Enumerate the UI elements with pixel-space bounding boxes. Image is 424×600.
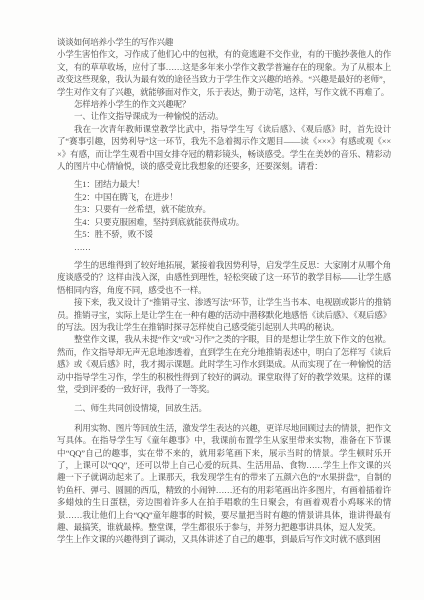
question-line: 怎样培养小学生的作文兴趣呢？ [57,98,391,110]
paragraph: 我在一次青年教师课堂教学比武中，指导学生写《读后感》、《观后感》时，首先设计了“… [57,123,391,173]
paragraph: 学生的思维得到了较好地拓展，紧接着我因势利导，启发学生反思：大家刚才从哪个角度谈… [57,259,391,296]
section-heading-2: 二、师生共同创设情境，回放生活。 [57,402,391,414]
document-page: 谈谈如何培养小学生的写作兴趣 小学生害怕作文，习作成了他们心中的包袱，有的竟逃避… [0,0,424,600]
closing-paragraph-truncated: 学生上作文课的兴趣得到了调动，又具体讲述了自己的趣事，到最后写作文时就不感到困 [57,533,391,545]
paragraph: 接下来，我又设计了“推销寻宝、渗透写法”环节，让学生当书本、电视剧或影片的推销员… [57,296,391,333]
student-response-5: 生5：胜不骄，败不馁 [57,228,391,240]
paragraph: 整堂作文课，我从未提“作文”或“习作”之类的字眼，目的是想让学生放下作文的包袱。… [57,333,391,395]
doc-title: 谈谈如何培养小学生的写作兴趣 [57,36,391,48]
student-response-4: 生4：只要克服困难，坚持到底就能获得成功。 [57,216,391,228]
student-response-1: 生1：团结力最大！ [57,178,391,190]
paragraph: 利用实物、图片等回放生活，激发学生表达的兴趣，更详尽地回顾过去的情景，把作文写具… [57,422,391,534]
student-response-3: 生3：只要有一丝希望，就不能放弃。 [57,203,391,215]
section-heading-1: 一、让作文指导课成为一种愉悦的活动。 [57,110,391,122]
student-response-2: 生2：中国在腾飞，在进步！ [57,191,391,203]
intro-paragraph: 小学生害怕作文，习作成了他们心中的包袱，有的竟逃避不交作业，有的干脆抄袭他人的作… [57,48,391,98]
ellipsis-line: …… [57,241,391,253]
